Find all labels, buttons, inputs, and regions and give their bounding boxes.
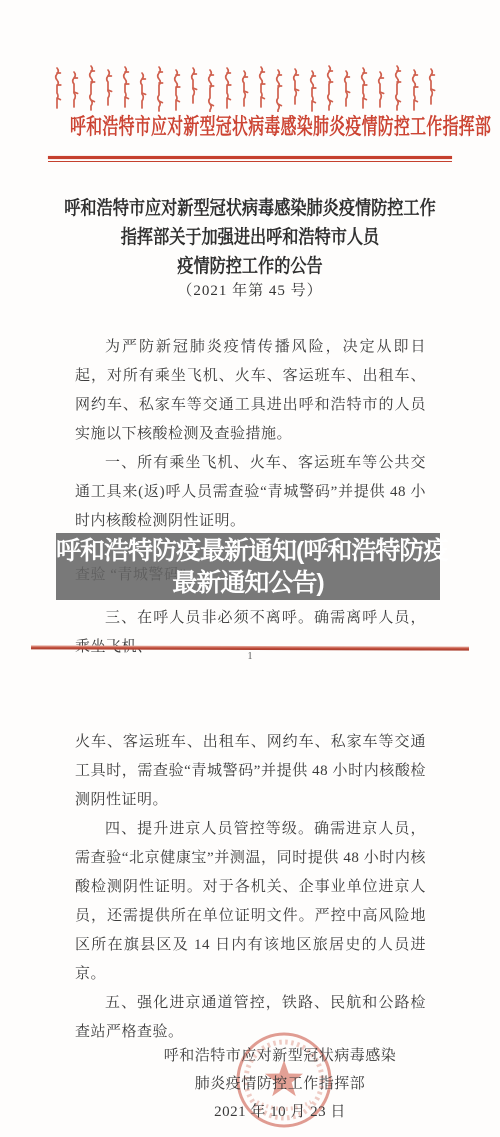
mongolian-script-icon bbox=[54, 64, 446, 112]
letterhead-rule bbox=[48, 156, 452, 162]
signature-line: 呼和浩特市应对新型冠状病毒感染 bbox=[150, 1042, 410, 1070]
overlay-caption-line: 呼和浩特防疫最新通知(呼和浩特防疫 bbox=[56, 535, 440, 567]
signature-block: 呼和浩特市应对新型冠状病毒感染 肺炎疫情防控工作指挥部 2021 年 10 月 … bbox=[150, 1042, 410, 1126]
signature-date: 2021 年 10 月 23 日 bbox=[150, 1098, 410, 1126]
paragraph-continuation: 火车、客运班车、出租车、网约车、私家车等交通工具时，需查验“青城警码”并提供 4… bbox=[75, 728, 426, 815]
page1-body: 为严防新冠肺炎疫情传播风险，决定从即日起，对所有乘坐飞机、火车、客运班车、出租车… bbox=[75, 333, 426, 536]
document-title: 呼和浩特市应对新型冠状病毒感染肺炎疫情防控工作 指挥部关于加强进出呼和浩特市人员… bbox=[0, 194, 500, 281]
paragraph-item-1: 一、所有乘坐飞机、火车、客运班车等公共交通工具来(返)呼人员需查验“青城警码”并… bbox=[75, 449, 426, 536]
title-line: 疫情防控工作的公告 bbox=[38, 252, 463, 281]
overlay-caption-line: 最新通知公告) bbox=[56, 567, 440, 599]
paragraph-item-4: 四、提升进京人员管控等级。确需进京人员，需查验“北京健康宝”并测温，同时提供 4… bbox=[75, 815, 426, 989]
page2-body: 火车、客运班车、出租车、网约车、私家车等交通工具时，需查验“青城警码”并提供 4… bbox=[75, 728, 426, 1047]
letterhead-agency-name: 呼和浩特市应对新型冠状病毒感染肺炎疫情防控工作指挥部 bbox=[70, 110, 430, 141]
title-line: 指挥部关于加强进出呼和浩特市人员 bbox=[38, 223, 463, 252]
document-number: （2021 年第 45 号） bbox=[0, 279, 500, 300]
signature-line: 肺炎疫情防控工作指挥部 bbox=[150, 1070, 410, 1098]
title-line: 呼和浩特市应对新型冠状病毒感染肺炎疫情防控工作 bbox=[38, 194, 463, 223]
scanned-notice-document: 呼和浩特市应对新型冠状病毒感染肺炎疫情防控工作指挥部 呼和浩特市应对新型冠状病毒… bbox=[0, 0, 500, 1137]
page-number: 1 bbox=[0, 651, 500, 662]
overlay-caption-banner: 呼和浩特防疫最新通知(呼和浩特防疫 最新通知公告) bbox=[56, 533, 440, 600]
paragraph-intro: 为严防新冠肺炎疫情传播风险，决定从即日起，对所有乘坐飞机、火车、客运班车、出租车… bbox=[75, 333, 426, 449]
